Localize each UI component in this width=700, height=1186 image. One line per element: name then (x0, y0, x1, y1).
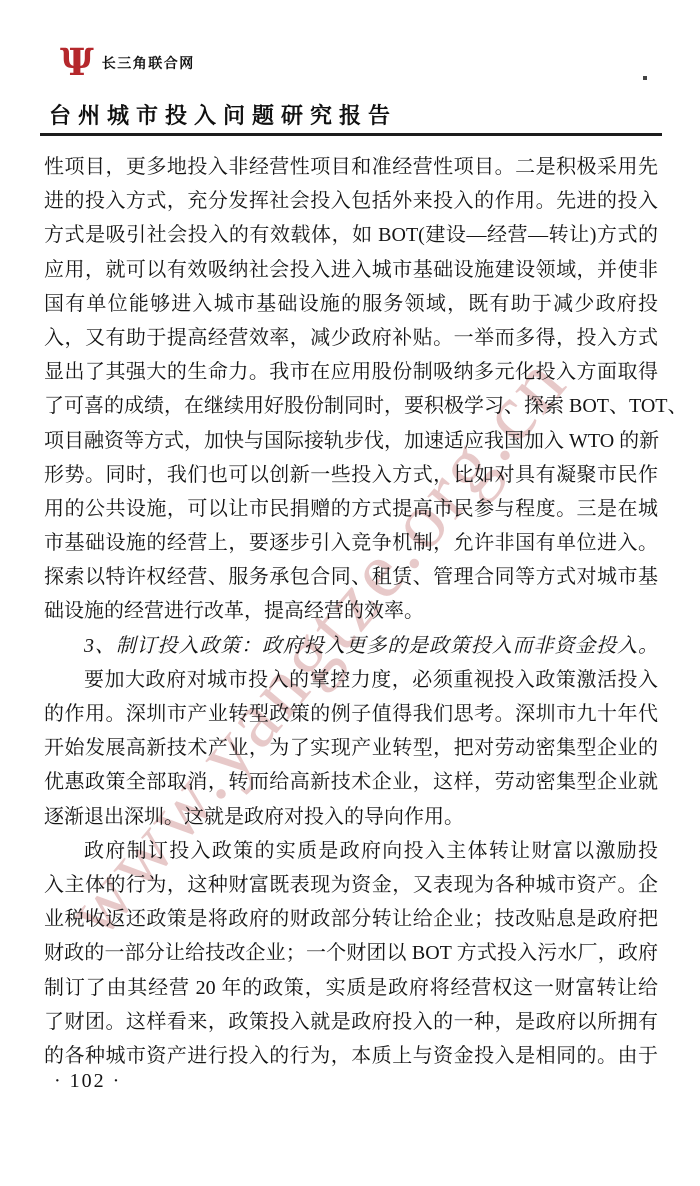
text-line: 政府制订投入政策的实质是政府向投入主体转让财富以激励投 (44, 834, 658, 868)
text-line: 项目融资等方式，加快与国际接轨步伐，加速适应我国加入 WTO 的新 (44, 424, 658, 458)
text-line: 形势。同时，我们也可以创新一些投入方式，比如对具有凝聚市民作 (44, 458, 658, 492)
scan-speck (643, 76, 647, 80)
text-line: 方式是吸引社会投入的有效载体，如 BOT(建设—经营—转让)方式的 (44, 218, 658, 252)
text-line: 的作用。深圳市产业转型政策的例子值得我们思考。深圳市九十年代 (44, 697, 658, 731)
text-line: 要加大政府对城市投入的掌控力度，必须重视投入政策激活投入 (44, 663, 658, 697)
page-number: · 102 · (54, 1070, 121, 1093)
text-line: 的各种城市资产进行投入的行为，本质上与资金投入是相同的。由于 (44, 1039, 658, 1073)
document-page: www.yangtze.org.cn Ψ 长三角联合网 台州城市投入问题研究报告… (0, 0, 700, 1186)
text-line: 3、制订投入政策：政府投入更多的是政策投入而非资金投入。 (44, 629, 658, 663)
text-line: 了可喜的成绩，在继续用好股份制同时，要积极学习、探索 BOT、TOT、 (44, 389, 658, 423)
title-divider (40, 133, 662, 136)
text-line: 入主体的行为，这种财富既表现为资金，又表现为各种城市资产。企 (44, 868, 658, 902)
text-line: 财政的一部分让给技改企业；一个财团以 BOT 方式投入污水厂，政府 (44, 936, 658, 970)
text-line: 国有单位能够进入城市基础设施的服务领域，既有助于减少政府投 (44, 287, 658, 321)
text-line: 制订了由其经营 20 年的政策，实质是政府将经营权这一财富转让给 (44, 971, 658, 1005)
site-name: 长三角联合网 (102, 53, 195, 73)
text-line: 优惠政策全部取消，转而给高新技术企业，这样，劳动密集型企业就 (44, 765, 658, 799)
text-line: 显出了其强大的生命力。我市在应用股份制吸纳多元化投入方面取得 (44, 355, 658, 389)
text-line: 进的投入方式，充分发挥社会投入包括外来投入的作用。先进的投入 (44, 184, 658, 218)
text-line: 应用，就可以有效吸纳社会投入进入城市基础设施建设领域，并使非 (44, 253, 658, 287)
psi-logo-icon: Ψ (60, 44, 94, 81)
text-line: 了财团。这样看来，政策投入就是政府投入的一种，是政府以所拥有 (44, 1005, 658, 1039)
text-line: 市基础设施的经营上，要逐步引入竞争机制，允许非国有单位进入。 (44, 526, 658, 560)
site-logo: Ψ 长三角联合网 (60, 44, 195, 81)
text-line: 用的公共设施，可以让市民捐赠的方式提高市民参与程度。三是在城 (44, 492, 658, 526)
text-line: 础设施的经营进行改革，提高经营的效率。 (44, 594, 658, 628)
report-title: 台州城市投入问题研究报告 (49, 99, 397, 130)
text-line: 业税收返还政策是将政府的财政部分转让给企业；技改贴息是政府把 (44, 902, 658, 936)
text-line: 性项目，更多地投入非经营性项目和准经营性项目。二是积极采用先 (44, 150, 658, 184)
body-text: 性项目，更多地投入非经营性项目和准经营性项目。二是积极采用先进的投入方式，充分发… (44, 150, 658, 1073)
text-line: 逐渐退出深圳。这就是政府对投入的导向作用。 (44, 800, 658, 834)
text-line: 探索以特许权经营、服务承包合同、租赁、管理合同等方式对城市基 (44, 560, 658, 594)
text-line: 入，又有助于提高经营效率，减少政府补贴。一举而多得，投入方式 (44, 321, 658, 355)
text-line: 开始发展高新技术产业，为了实现产业转型，把对劳动密集型企业的 (44, 731, 658, 765)
